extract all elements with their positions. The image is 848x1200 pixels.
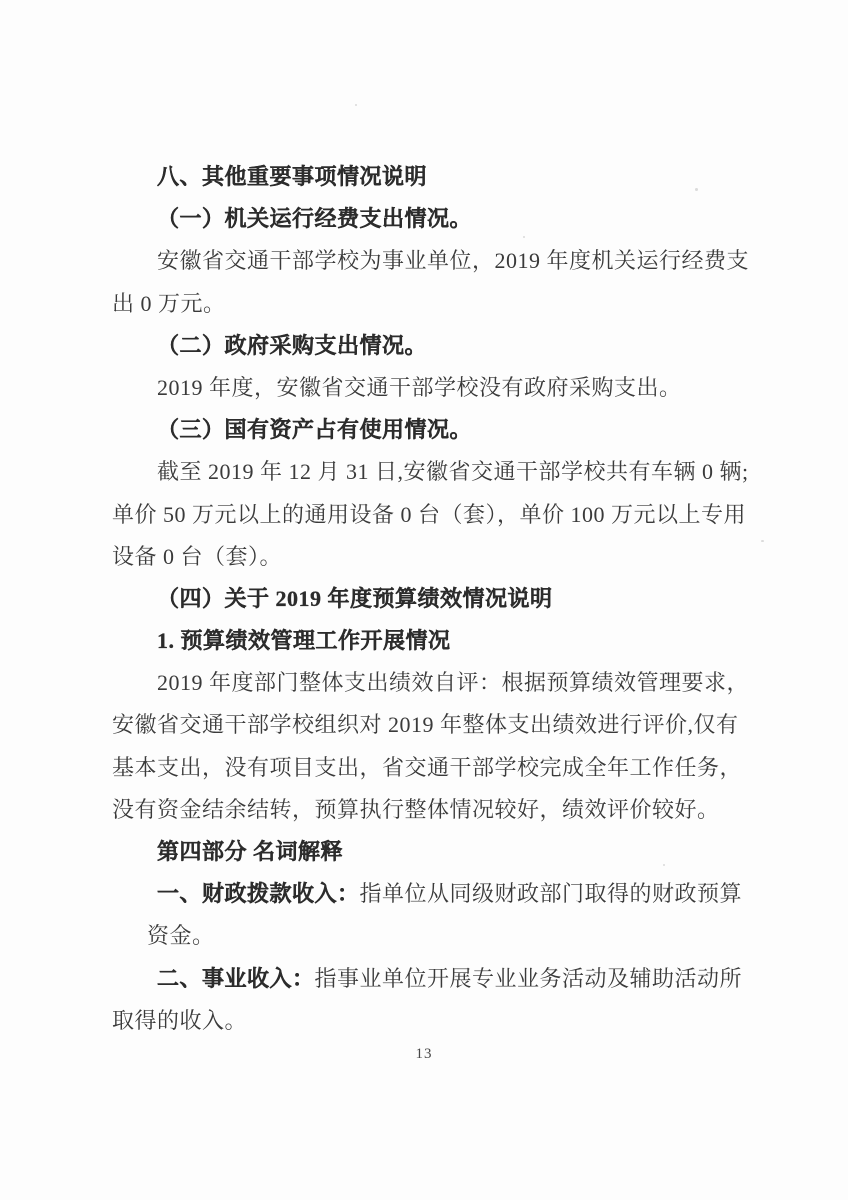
text-line: （一）机关运行经费支出情况。 <box>112 198 752 240</box>
heading-text: 八、其他重要事项情况说明 <box>157 164 427 189</box>
heading-text: （四）关于 2019 年度预算绩效情况说明 <box>157 586 553 611</box>
text-line: 资金。 <box>112 915 752 957</box>
text-line: （四）关于 2019 年度预算绩效情况说明 <box>112 578 752 620</box>
body-text: 截至 2019 年 12 月 31 日,安徽省交通干部学校共有车辆 0 辆; <box>157 459 749 484</box>
heading-text: 第四部分 名词解释 <box>157 839 343 864</box>
document-page: 八、其他重要事项情况说明（一）机关运行经费支出情况。安徽省交通干部学校为事业单位… <box>0 0 848 1200</box>
text-line: 安徽省交通干部学校组织对 2019 年整体支出绩效进行评价,仅有 <box>112 704 752 746</box>
text-line: 安徽省交通干部学校为事业单位，2019 年度机关运行经费支 <box>112 240 752 282</box>
text-line: 八、其他重要事项情况说明 <box>112 156 752 198</box>
heading-text: （三）国有资产占有使用情况。 <box>157 417 472 442</box>
page-number: 13 <box>0 1046 848 1063</box>
body-text: 2019 年度，安徽省交通干部学校没有政府采购支出。 <box>157 375 682 400</box>
text-line: 取得的收入。 <box>112 1000 752 1042</box>
text-line: 第四部分 名词解释 <box>112 831 752 873</box>
body-text: 安徽省交通干部学校为事业单位，2019 年度机关运行经费支 <box>157 248 749 273</box>
scan-artifact <box>355 104 357 106</box>
text-line: 2019 年度部门整体支出绩效自评：根据预算绩效管理要求， <box>112 662 752 704</box>
heading-text: （二）政府采购支出情况。 <box>157 333 427 358</box>
text-line: 一、财政拨款收入：指单位从同级财政部门取得的财政预算 <box>112 873 752 915</box>
text-line: 2019 年度，安徽省交通干部学校没有政府采购支出。 <box>112 367 752 409</box>
text-line: 截至 2019 年 12 月 31 日,安徽省交通干部学校共有车辆 0 辆; <box>112 451 752 493</box>
text-line: （三）国有资产占有使用情况。 <box>112 409 752 451</box>
body-text: 出 0 万元。 <box>112 291 226 316</box>
text-line: 基本支出，没有项目支出，省交通干部学校完成全年工作任务， <box>112 747 752 789</box>
body-text: 单价 50 万元以上的通用设备 0 台（套），单价 100 万元以上专用 <box>112 502 746 527</box>
scan-artifact <box>761 540 764 542</box>
body-text: 取得的收入。 <box>112 1008 247 1033</box>
body-text: 安徽省交通干部学校组织对 2019 年整体支出绩效进行评价,仅有 <box>112 712 739 737</box>
body-text: 资金。 <box>147 923 215 948</box>
text-line: 出 0 万元。 <box>112 283 752 325</box>
body-text: 指单位从同级财政部门取得的财政预算 <box>360 881 743 906</box>
heading-text: 一、财政拨款收入： <box>157 881 360 906</box>
text-line: 设备 0 台（套）。 <box>112 536 752 578</box>
heading-text: 1. 预算绩效管理工作开展情况 <box>157 628 451 653</box>
heading-text: 二、事业收入： <box>157 966 315 991</box>
body-text: 没有资金结余结转，预算执行整体情况较好，绩效评价较好。 <box>112 797 720 822</box>
body-text: 指事业单位开展专业业务活动及辅助活动所 <box>315 966 743 991</box>
text-line: （二）政府采购支出情况。 <box>112 325 752 367</box>
scan-artifact <box>523 236 525 238</box>
body-text: 设备 0 台（套）。 <box>112 544 282 569</box>
body-text: 基本支出，没有项目支出，省交通干部学校完成全年工作任务， <box>112 755 742 780</box>
heading-text: （一）机关运行经费支出情况。 <box>157 206 472 231</box>
text-line: 没有资金结余结转，预算执行整体情况较好，绩效评价较好。 <box>112 789 752 831</box>
scan-artifact <box>663 864 665 866</box>
scan-artifact <box>695 188 698 191</box>
document-body: 八、其他重要事项情况说明（一）机关运行经费支出情况。安徽省交通干部学校为事业单位… <box>112 156 752 1042</box>
text-line: 二、事业收入：指事业单位开展专业业务活动及辅助活动所 <box>112 958 752 1000</box>
text-line: 1. 预算绩效管理工作开展情况 <box>112 620 752 662</box>
body-text: 2019 年度部门整体支出绩效自评：根据预算绩效管理要求， <box>157 670 749 695</box>
text-line: 单价 50 万元以上的通用设备 0 台（套），单价 100 万元以上专用 <box>112 494 752 536</box>
